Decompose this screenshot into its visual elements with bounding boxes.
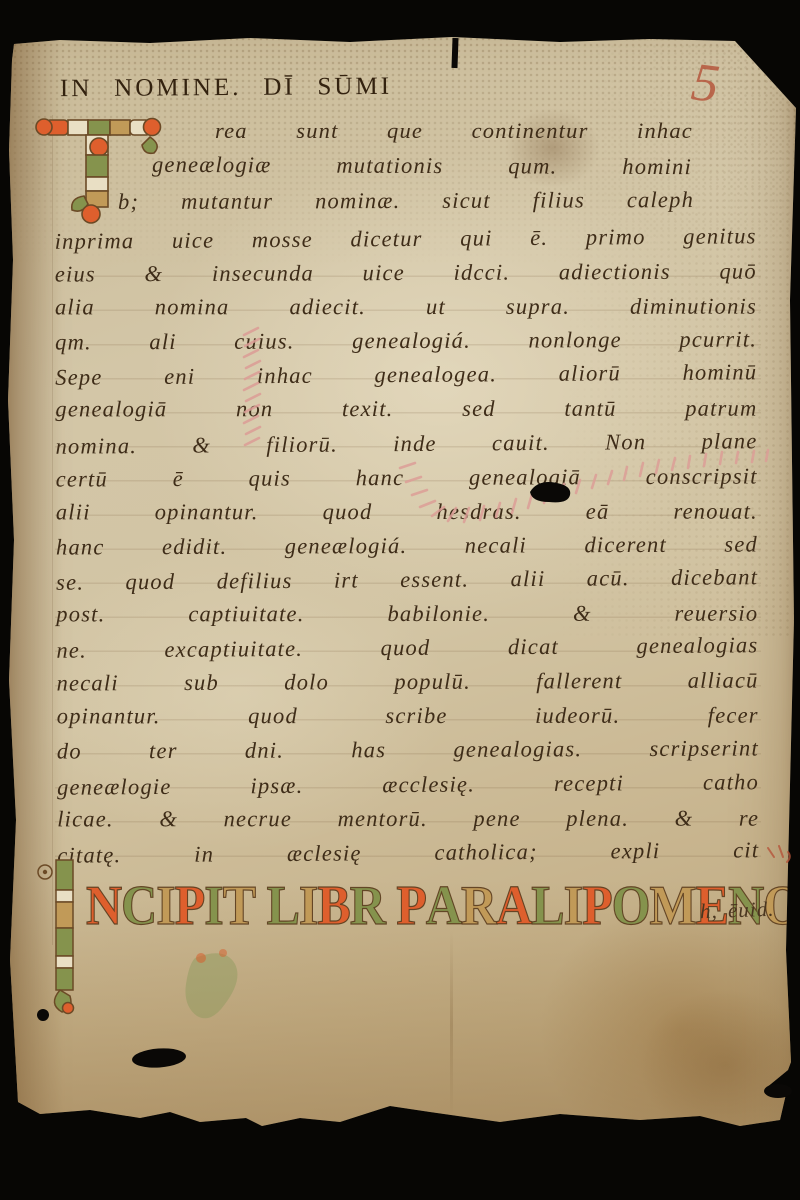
text-line: alia nomina adiecit. ut supra. diminutio… <box>55 294 757 329</box>
binding-edge-shadow <box>8 40 63 1120</box>
text-line: hanc edidit. geneælogiá. necali dicerent… <box>56 531 758 568</box>
parchment-page: IN NOMINE. DĪ SŪMI rea sunt que continen… <box>0 0 800 1200</box>
text-line: licae. & necrue mentorū. pene plena. & r… <box>57 805 759 840</box>
main-text-block: inprima uice mosse dicetur qui ē. primo … <box>55 224 760 875</box>
text-line: eius & insecunda uice idcci. adiectionis… <box>55 259 757 296</box>
incipit-rubric-line: NCIPIT LIBR PARALIPOMENON <box>86 870 726 939</box>
text-line: opinantur. quod scribe iudeorū. fecer <box>57 703 759 738</box>
invocation-header: IN NOMINE. DĪ SŪMI <box>60 73 392 103</box>
incipit-marginal-note: h, ēuid. <box>700 897 775 925</box>
text-line: do ter dni. has genealogias. scripserint <box>57 736 759 773</box>
text-line: rea sunt que continentur inhac <box>215 118 693 144</box>
text-line: inprima uice mosse dicetur qui ē. primo … <box>55 223 757 263</box>
text-line: se. quod defilius irt essent. alii acū. … <box>56 564 758 604</box>
text-line: certū ē quis hanc genealogiā conscripsit <box>56 463 758 500</box>
margin-ruling-line <box>52 115 53 945</box>
parchment-crease <box>450 930 453 1120</box>
text-line: Sepe eni inhac genealogea. aliorū hominū <box>55 360 757 400</box>
text-line: alii opinantur. quod hesdras. eā renouat… <box>56 498 758 533</box>
text-line: geneælogiæ mutationis qum. homini <box>152 152 692 180</box>
text-line: qm. ali cuius. genealogiá. nonlonge pcur… <box>55 327 757 364</box>
manuscript-photo: { "manuscript": { "folio_number": "5", "… <box>0 0 800 1200</box>
text-line: geneælogie ipsæ. æcclesię. recepti catho <box>57 769 759 809</box>
text-line: ne. excaptiuitate. quod dicat genealogia… <box>56 632 758 672</box>
text-line: b; mutantur nominæ. sicut filius caleph <box>118 187 694 215</box>
text-line: genealogiā non texit. sed tantū patrum <box>55 396 757 431</box>
text-line: nomina. & filiorū. inde cauit. Non plane <box>55 428 757 468</box>
text-line: necali sub dolo populū. fallerent alliac… <box>57 668 759 705</box>
bottom-right-stain-dark <box>640 990 800 1140</box>
text-line: post. captiuitate. babilonie. & reuersio <box>56 601 758 636</box>
